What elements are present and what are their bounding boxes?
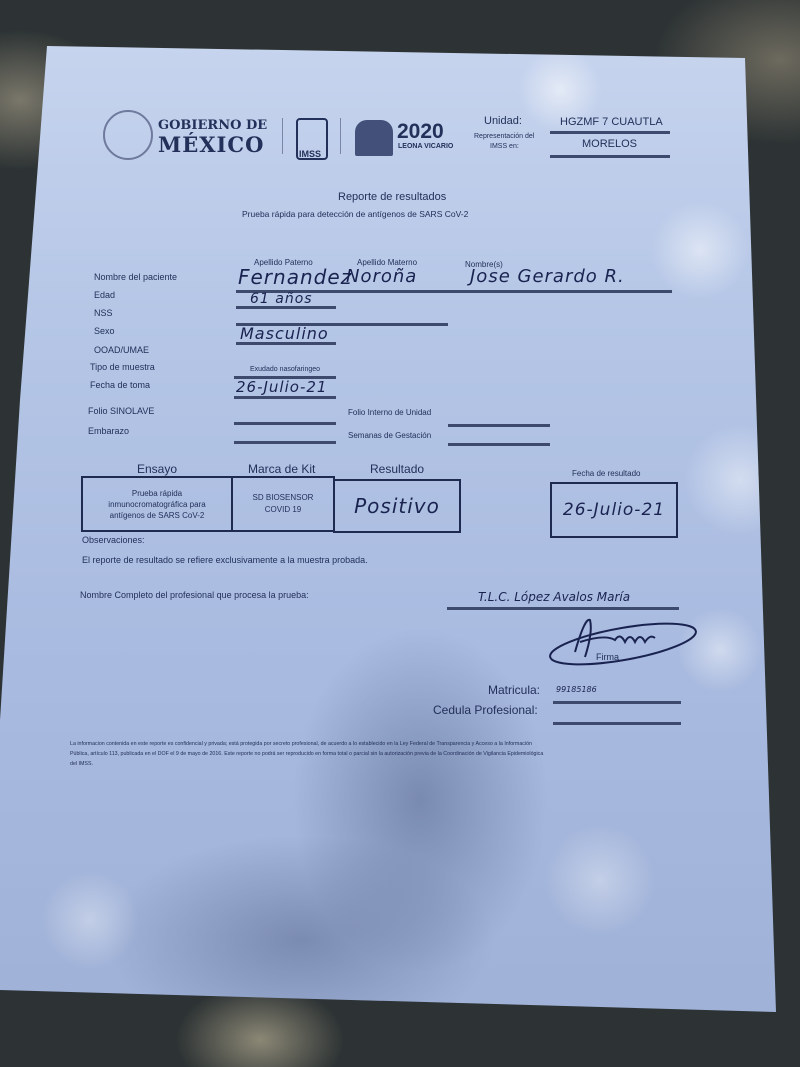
label-folio-sinolave: Folio SINOLAVE xyxy=(88,406,154,416)
signature-icon xyxy=(545,612,700,672)
report-document: GOBIERNO DE MÉXICO IMSS 2020 LEONA VICAR… xyxy=(0,0,800,1067)
underline xyxy=(234,441,336,444)
underline xyxy=(236,342,336,345)
unidad-label: Unidad: xyxy=(484,115,522,127)
representacion-value: MORELOS xyxy=(582,138,637,150)
label-semanas-gestacion: Semanas de Gestación xyxy=(348,431,431,440)
divider xyxy=(340,118,341,154)
year-2020: 2020 xyxy=(397,120,444,144)
marca-line1: SD BIOSENSOR xyxy=(253,492,314,504)
label-nombre: Nombre del paciente xyxy=(94,272,177,282)
leona-vicario-label: LEONA VICARIO xyxy=(398,143,453,150)
leona-vicario-portrait-icon xyxy=(355,120,393,156)
underline xyxy=(234,422,336,425)
label-tipo-muestra: Tipo de muestra xyxy=(90,362,155,372)
imss-logo-icon: IMSS xyxy=(296,118,328,160)
header-marca-kit: Marca de Kit xyxy=(248,462,315,476)
disclaimer-line-1: La informacion contenida en este reporte… xyxy=(70,741,532,747)
matricula-label: Matricula: xyxy=(488,683,540,697)
disclaimer-line-2: Pública, artículo 113, publicada en el D… xyxy=(70,751,543,757)
profesional-label: Nombre Completo del profesional que proc… xyxy=(80,590,309,600)
underline xyxy=(553,722,681,725)
underline xyxy=(234,396,336,399)
cell-resultado: Positivo xyxy=(333,479,461,533)
label-ooad: OOAD/UMAE xyxy=(94,345,149,355)
value-apellido-paterno: Fernandez xyxy=(238,265,352,289)
label-folio-interno: Folio Interno de Unidad xyxy=(348,408,431,417)
label-nss: NSS xyxy=(94,308,113,318)
representacion-label-1: Representación del xyxy=(474,133,534,140)
unidad-value: HGZMF 7 CUAUTLA xyxy=(560,116,663,128)
firma-label: Firma xyxy=(596,652,619,662)
divider xyxy=(282,118,283,154)
cell-marca-kit: SD BIOSENSOR COVID 19 xyxy=(231,476,335,532)
ensayo-text: Prueba rápida inmunocromatográfica para … xyxy=(97,488,217,521)
representacion-label-2: IMSS en: xyxy=(490,143,519,150)
resultado-value: Positivo xyxy=(354,494,440,518)
underline xyxy=(447,607,679,610)
report-subtitle: Prueba rápida para detección de antígeno… xyxy=(242,209,468,219)
label-fecha-toma: Fecha de toma xyxy=(90,380,150,390)
underline xyxy=(236,306,336,309)
header-resultado: Resultado xyxy=(370,462,424,476)
observaciones-text: El reporte de resultado se refiere exclu… xyxy=(82,555,368,565)
underline xyxy=(448,443,550,446)
gov-line1: GOBIERNO DE xyxy=(158,118,267,133)
mexico-seal-icon xyxy=(103,110,153,160)
fecha-resultado-value: 26-Julio-21 xyxy=(563,500,665,520)
label-sexo: Sexo xyxy=(94,326,115,336)
profesional-value: T.L.C. López Avalos María xyxy=(478,590,630,604)
observaciones-label: Observaciones: xyxy=(82,535,145,545)
label-fecha-resultado: Fecha de resultado xyxy=(572,469,641,478)
value-nombres: Jose Gerardo R. xyxy=(470,266,625,287)
value-apellido-materno: Noroña xyxy=(346,266,417,287)
underline xyxy=(550,155,670,158)
cedula-label: Cedula Profesional: xyxy=(433,703,538,717)
cell-fecha-resultado: 26-Julio-21 xyxy=(550,482,678,538)
marca-line2: COVID 19 xyxy=(265,504,301,516)
report-title: Reporte de resultados xyxy=(338,191,446,203)
header-ensayo: Ensayo xyxy=(137,462,177,476)
value-sexo: Masculino xyxy=(240,324,329,343)
value-edad: 61 años xyxy=(250,291,313,307)
value-fecha-toma: 26-Julio-21 xyxy=(236,378,327,396)
matricula-value: 99185186 xyxy=(556,685,597,694)
cell-ensayo: Prueba rápida inmunocromatográfica para … xyxy=(81,476,233,532)
gov-line2: MÉXICO xyxy=(158,132,264,157)
disclaimer-line-3: del IMSS. xyxy=(70,761,93,767)
value-tipo-muestra: Exudado nasofaringeo xyxy=(250,366,320,373)
underline xyxy=(448,424,550,427)
label-edad: Edad xyxy=(94,290,115,300)
label-embarazo: Embarazo xyxy=(88,426,129,436)
underline xyxy=(553,701,681,704)
underline xyxy=(550,131,670,134)
